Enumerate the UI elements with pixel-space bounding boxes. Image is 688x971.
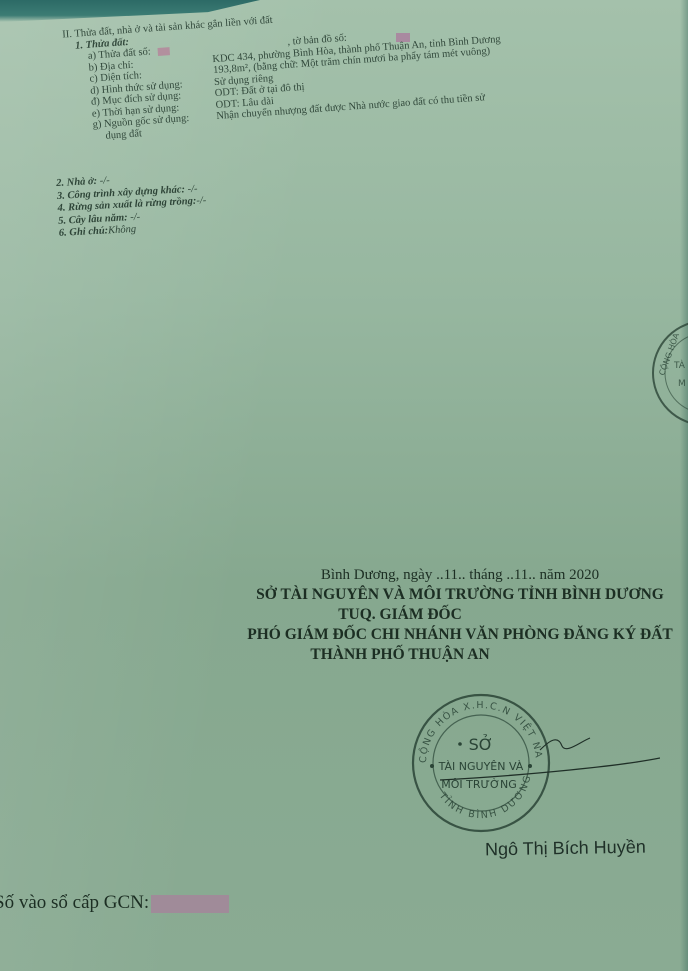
signature-block: Bình Dương, ngày ..11.. tháng ..11.. năm… [150,566,688,665]
svg-text:TÀ: TÀ [673,359,686,371]
page-shadow [680,0,688,971]
issue-date: Bình Dương, ngày ..11.. tháng ..11.. năm… [150,566,688,585]
signer-name: Ngô Thị Bích Huyền [485,837,646,861]
certificate-register-number: Số vào sổ cấp GCN: [0,892,229,914]
partial-seal-icon: CỘNG HÒA TÀ M [650,318,688,428]
redaction-mark [157,47,170,56]
redaction-mark [151,895,229,913]
svg-text:M: M [678,379,686,389]
document-page [0,0,688,971]
department-name: SỞ TÀI NGUYÊN VÀ MÔI TRƯỜNG TỈNH BÌNH DƯ… [150,585,688,605]
city-name: THÀNH PHỐ THUẬN AN [30,645,688,665]
deputy-title: PHÓ GIÁM ĐỐC CHI NHÁNH VĂN PHÒNG ĐĂNG KÝ… [150,625,688,645]
signature-stroke [440,720,660,790]
authorization-line: TUQ. GIÁM ĐỐC [30,605,688,625]
